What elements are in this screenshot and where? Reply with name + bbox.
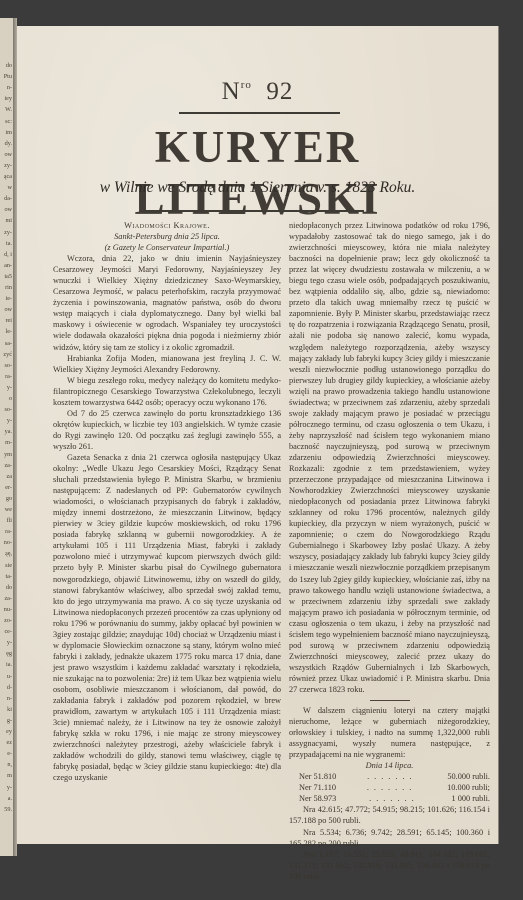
adjacent-page-text-fragment: y- xyxy=(7,785,12,791)
adjacent-page-text-fragment: za- xyxy=(4,463,12,469)
adjacent-page-text-fragment: n- xyxy=(7,696,12,702)
adjacent-page-text-fragment: go xyxy=(6,496,12,502)
lottery-heading: Dnia 14 lipca. xyxy=(289,760,490,771)
issue-prefix: N xyxy=(222,78,241,105)
lottery-group: Nra 5.534; 6.736; 9.742; 28.591; 65.145;… xyxy=(289,827,490,849)
divider-rule xyxy=(143,210,364,212)
right-column: niedopłaconych przez Litwinowa podatków … xyxy=(289,220,490,882)
adjacent-page-text-fragment: no- xyxy=(4,540,12,546)
adjacent-page-text-fragment: an- xyxy=(4,263,12,269)
article-paragraph: Hrabianka Zofija Moden, mianowana jest f… xyxy=(53,353,281,375)
adjacent-page-text-fragment: o xyxy=(9,396,12,402)
adjacent-page-text-fragment: le- xyxy=(5,329,12,335)
adjacent-page-text-fragment: za- xyxy=(4,596,12,602)
article-paragraph: Gazeta Senacka z dnia 21 czerwca ogłosił… xyxy=(53,452,281,783)
adjacent-page-text-fragment: zo- xyxy=(4,618,12,624)
adjacent-page-text-fragment: ki xyxy=(7,707,12,713)
adjacent-page-text-fragment: so- xyxy=(4,407,12,413)
adjacent-page-text-fragment: y- xyxy=(7,418,12,424)
adjacent-page-text-fragment: fli xyxy=(7,518,13,524)
adjacent-page-text-fragment: zy- xyxy=(4,230,12,236)
section-divider xyxy=(370,700,410,701)
lottery-prize-row: Ner 58.973.......1 000 rubli. xyxy=(289,793,490,804)
adjacent-page-text-fragment: ra- xyxy=(5,529,12,535)
prize-number: Ner 58.973 xyxy=(299,793,336,804)
prize-number: Ner 51.810 xyxy=(299,771,336,782)
adjacent-page-text-fragment: Ptu xyxy=(4,74,12,80)
adjacent-page-text-fragment: do xyxy=(6,63,12,69)
adjacent-page-text-fragment: ey xyxy=(6,729,12,735)
adjacent-page-text-fragment: ia. xyxy=(6,662,12,668)
dateline: w Wilnie we Srodę dnia 1 Sierpnia v. s. … xyxy=(17,179,498,197)
issue-number: Nro 92 xyxy=(17,78,498,106)
adjacent-page-text-fragment: rei xyxy=(5,318,12,324)
adjacent-page-text-fragment: ow xyxy=(4,152,12,158)
adjacent-page-text-fragment: ie- xyxy=(5,296,12,302)
adjacent-page-text-fragment: w xyxy=(8,185,12,191)
adjacent-page-text-fragment: sie xyxy=(5,563,12,569)
adjacent-page-text-fragment: sc: xyxy=(5,119,12,125)
adjacent-page-text-fragment: ow xyxy=(4,207,12,213)
section-heading: Wiadomości Krajowe. xyxy=(53,220,281,231)
adjacent-page-text-fragment: d- xyxy=(7,685,12,691)
adjacent-page-text-fragment: ya. xyxy=(5,429,12,435)
adjacent-page-text-fragment: ta- xyxy=(5,574,12,580)
prize-amount: 10.000 rubli; xyxy=(447,782,490,793)
article-paragraph: W dalszem ciągnieniu loteryi na cztery m… xyxy=(289,705,490,760)
adjacent-page-text-fragment: m xyxy=(7,773,12,779)
article-paragraph: Wczora, dnia 22, jako w dniu imienin Nay… xyxy=(53,253,281,352)
adjacent-page-text-fragment: n- xyxy=(7,85,12,91)
adjacent-page-text-fragment: za xyxy=(7,474,13,480)
adjacent-page-text-fragment: er- xyxy=(5,485,12,491)
adjacent-page-text-fragment: 59. xyxy=(4,807,12,813)
article-dateline: Sankt-Petersburg dnia 25 lipca. xyxy=(53,231,281,242)
adjacent-page-text-fragment: ąca xyxy=(4,174,12,180)
lottery-group: Nra 42.615; 47.772; 54.915; 98.215; 101.… xyxy=(289,804,490,826)
article-paragraph: niedopłaconych przez Litwinowa podatków … xyxy=(289,220,490,695)
issue-suffix: ro xyxy=(241,79,252,91)
prize-amount: 50.000 rubli. xyxy=(447,771,490,782)
lottery-group: Nra 1.107; 16.551; 25.053; 48.911; 104.1… xyxy=(289,849,490,882)
adjacent-page-text-fragment: ra- xyxy=(5,374,12,380)
adjacent-page-text-fragment: zyć xyxy=(3,352,12,358)
adjacent-page-text-fragment: nu- xyxy=(4,607,12,613)
adjacent-page-text-fragment: n, xyxy=(7,762,12,768)
prize-number: Ner 71.110 xyxy=(299,782,336,793)
adjacent-page-text-fragment: ce- xyxy=(4,629,12,635)
divider-rule xyxy=(179,112,340,114)
adjacent-page-text-fragment: ęg xyxy=(6,651,12,657)
adjacent-page-text-fragment: im xyxy=(5,130,12,136)
article-source: (z Gazety le Conservateur Impartial.) xyxy=(53,242,281,253)
adjacent-page-text-fragment: so- xyxy=(4,363,12,369)
adjacent-page-text-fragment: dy. xyxy=(5,141,12,147)
adjacent-page-text-fragment: a. xyxy=(8,796,12,802)
adjacent-page-text-fragment: e- xyxy=(7,751,12,757)
adjacent-page-text-fragment: ta. xyxy=(6,241,12,247)
newspaper-page: Nro 92 KURYER LITEWSKI w Wilnie we Srodę… xyxy=(17,26,499,844)
adjacent-page-text-fragment: ez xyxy=(7,740,13,746)
adjacent-page-edge: doPtun-ieyW.sc:imdy.owzy-ącawda-owmizy-t… xyxy=(0,18,14,856)
adjacent-page-text-fragment: da- xyxy=(4,196,12,202)
adjacent-page-text-fragment: ym xyxy=(4,452,12,458)
adjacent-page-text-fragment: d, i xyxy=(4,252,12,258)
adjacent-page-text-fragment: y- xyxy=(7,640,12,646)
adjacent-page-text-fragment: rin xyxy=(5,285,12,291)
adjacent-page-text-fragment: m- xyxy=(5,440,12,446)
adjacent-page-text-fragment: g- xyxy=(7,718,12,724)
adjacent-page-text-fragment: W. xyxy=(5,107,12,113)
lottery-prize-row: Ner 71.110.......10.000 rubli; xyxy=(289,782,490,793)
article-paragraph: Od 7 do 25 czerwca zawinęło do portu kro… xyxy=(53,408,281,452)
adjacent-page-text-fragment: iey xyxy=(4,96,12,102)
left-column: Wiadomości Krajowe. Sankt-Petersburg dni… xyxy=(53,220,281,783)
adjacent-page-text-fragment: y- xyxy=(7,385,12,391)
adjacent-page-text-fragment: sa- xyxy=(5,341,12,347)
article-paragraph: W biegu zeszłego roku, medycy należący d… xyxy=(53,375,281,408)
adjacent-page-text-fragment: we xyxy=(5,507,12,513)
adjacent-page-text-fragment: ow xyxy=(4,307,12,313)
adjacent-page-text-fragment: mi xyxy=(5,218,12,224)
adjacent-page-text-fragment: zy- xyxy=(4,163,12,169)
prize-amount: 1 000 rubli. xyxy=(452,793,491,804)
adjacent-page-text-fragment: ąę, xyxy=(5,551,12,557)
lottery-prize-row: Ner 51.810.......50.000 rubli. xyxy=(289,771,490,782)
issue-number-value: 92 xyxy=(266,78,293,105)
adjacent-page-text-fragment: ta5 xyxy=(4,274,12,280)
adjacent-page-text-fragment: u- xyxy=(7,674,12,680)
adjacent-page-text-fragment: do xyxy=(6,585,12,591)
